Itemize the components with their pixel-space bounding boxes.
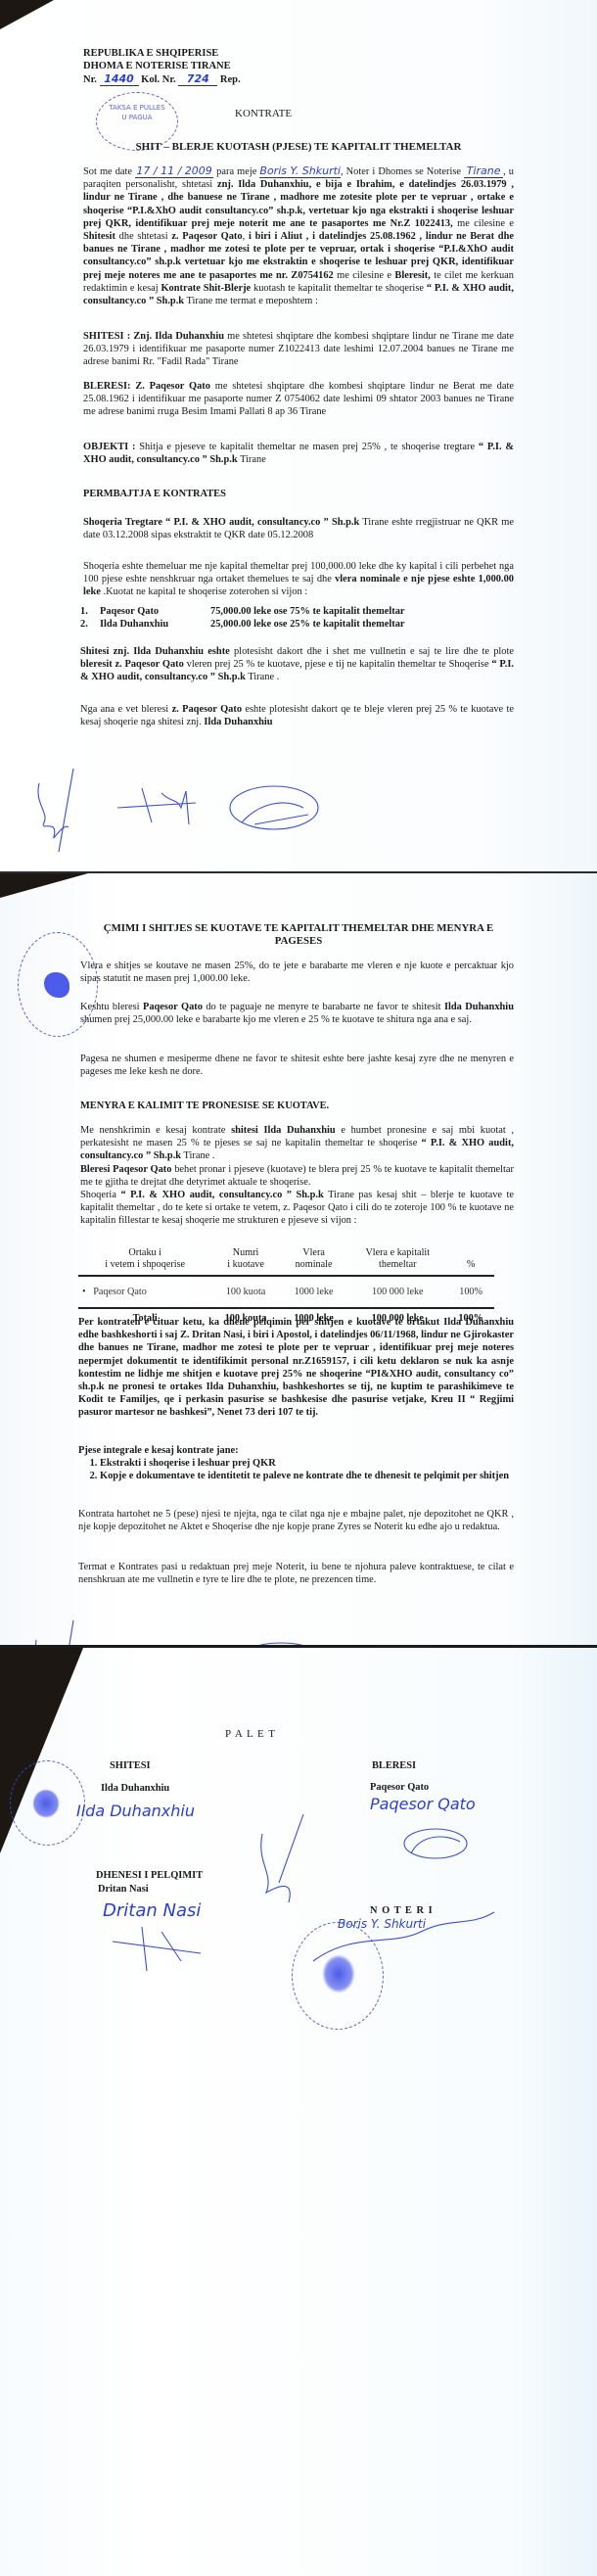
object-paragraph: OBJEKTI : Shitja e pjeseve te kapitalit … — [83, 441, 514, 466]
quota-table-row: • Paqesor Qato 100 kuota 1000 leke 100 0… — [78, 1276, 494, 1308]
contract-page-3-signatures: P A L E T SHITESI Ilda Duhanxhiu Ilda Du… — [0, 1645, 597, 2576]
seller-agreement-paragraph: Shitesi znj. Ilda Duhanxhiu eshte plotes… — [80, 645, 514, 684]
terms-paragraph: Termat e Kontrates pasi u redaktuan prej… — [78, 1561, 514, 1586]
quota-table-header: Ortaku i i vetem i shpoqerise Numri i ku… — [78, 1247, 494, 1276]
contract-date: 17 / 11 / 2009 — [135, 164, 213, 178]
intro-paragraph: Sot me date 17 / 11 / 2009 para meje Bor… — [83, 164, 514, 307]
sale-value-paragraph: Vlera e shitjes se koutave ne masen 25%,… — [80, 960, 514, 985]
ownership-transfer-paragraph: Me nenshkrimin e kesaj kontrate shitesi … — [80, 1124, 514, 1189]
integral-parts-block: Pjese integrale e kesaj kontrate jane: E… — [78, 1444, 514, 1483]
payment-paragraph: Keshtu bleresi Paqesor Qato do te paguaj… — [80, 1001, 514, 1026]
buyer-agreement-paragraph: Nga ana e vet bleresi z. Paqesor Qato es… — [80, 703, 514, 728]
copies-paragraph: Kontrata hartohet ne 5 (pese) njesi te n… — [78, 1508, 514, 1533]
header-numbers: Nr. 1440 Kol. Nr. 724 Rep. — [83, 72, 241, 86]
cash-payment-paragraph: Pagesa ne shumen e mesiperme dhene ne fa… — [80, 1053, 514, 1078]
nr-value: 1440 — [100, 72, 139, 86]
header-chamber: DHOMA E NOTERISE TIRANE — [83, 60, 241, 72]
seal-eagle-icon — [44, 972, 69, 998]
price-heading: ÇMIMI I SHITJES SE KUOTAVE TE KAPITALIT … — [83, 922, 514, 948]
spouse-consent-paragraph: Per kontraten e cituar ketu, ka dhene pe… — [78, 1316, 514, 1420]
contract-page-1: REPUBLIKA E SHQIPERISE DHOMA E NOTERISE … — [0, 0, 597, 871]
integral-item: Ekstrakti i shoqerise i leshuar prej QKR — [100, 1457, 514, 1470]
scan-corner-shadow — [0, 873, 88, 898]
scan-corner-shadow — [0, 0, 54, 29]
contract-page-2: ÇMIMI I SHITJES SE KUOTAVE TE KAPITALIT … — [0, 871, 597, 1647]
contract-title: KONTRATE — [235, 108, 292, 120]
capital-paragraph: Shoqeria eshte themeluar me nje kapital … — [83, 560, 514, 599]
kol-value: 724 — [178, 72, 217, 86]
shareholder-row: 2. Ilda Duhanxhiu 25,000.00 leke ose 25%… — [80, 618, 511, 631]
page3-initials — [0, 1736, 597, 1991]
shareholder-row: 1. Paqesor Qato 75,000.00 leke ose 75% t… — [80, 605, 511, 618]
integral-item: Kopje e dokumentave te identitetit te pa… — [100, 1470, 514, 1482]
sole-partner-paragraph: Shoqeria “ P.I. & XHO audit, consultancy… — [80, 1189, 514, 1228]
header-block: REPUBLIKA E SHQIPERISE DHOMA E NOTERISE … — [83, 47, 241, 86]
header-republic: REPUBLIKA E SHQIPERISE — [83, 47, 241, 60]
contract-subtitle: SHIT – BLERJE KUOTASH (PJESE) TE KAPITAL… — [108, 141, 489, 154]
company-registration-paragraph: Shoqeria Tregtare “ P.I. & XHO audit, co… — [83, 516, 514, 541]
seller-paragraph: SHITESI : Znj. Ilda Duhanxhiu me shtetes… — [83, 330, 514, 369]
shareholder-list: 1. Paqesor Qato 75,000.00 leke ose 75% t… — [80, 605, 511, 631]
buyer-paragraph: BLERESI: Z. Paqesor Qato me shtetesi shq… — [83, 380, 514, 419]
page1-signatures — [15, 764, 328, 857]
notary-name-handwritten: Boris Y. Shkurti — [259, 164, 341, 178]
city-handwritten: Tirane — [464, 164, 503, 178]
contents-heading: PERMBAJTJA E KONTRATES — [83, 488, 226, 500]
transfer-heading: MENYRA E KALIMIT TE PRONESISE SE KUOTAVE… — [80, 1100, 329, 1112]
